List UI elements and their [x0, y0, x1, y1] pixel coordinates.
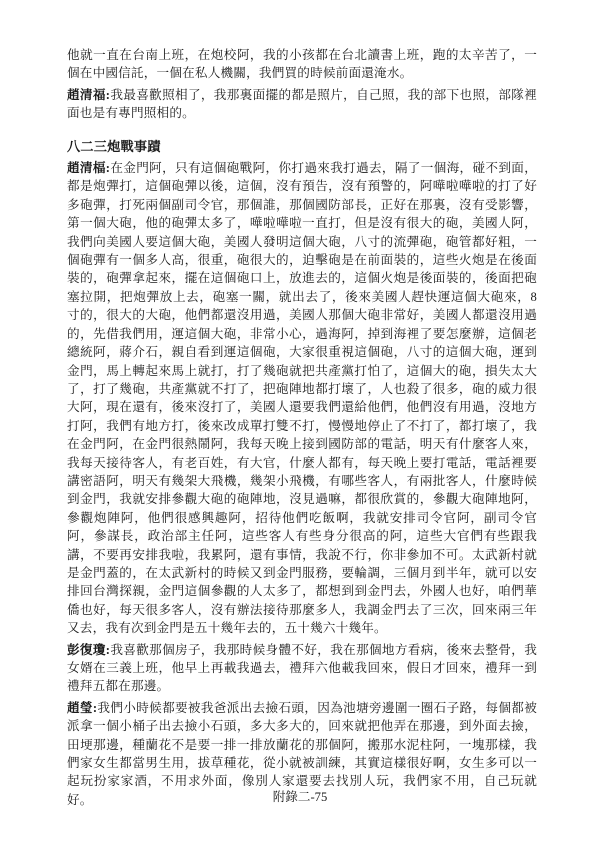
paragraph-text: 他就一直在台南上班，在炮校阿，我的小孩都在台北讀書上班，跑的太辛苦了，一個在中國… [67, 48, 537, 80]
paragraph: 彭復瓊:我喜歡那個房子，我那時候身體不好，我在那個地方看病，後來去整骨，我女婿在… [67, 641, 537, 696]
speaker-name: 趙清楅: [67, 161, 110, 175]
paragraph-text: 我最喜歡照相了，我那裏面擺的都是照片，自己照，我的部下也照，部隊裡面也是有專門照… [67, 88, 537, 120]
paragraph-text: 在金門阿，只有這個砲戰阿，你打過來我打過去，隔了一個海，碰不到面，都是炮彈打，這… [67, 161, 537, 635]
speaker-name: 趙瑩: [67, 701, 97, 715]
page-content: 他就一直在台南上班，在炮校阿，我的小孩都在台北讀書上班，跑的太辛苦了，一個在中國… [67, 46, 537, 809]
document-page: 他就一直在台南上班，在炮校阿，我的小孩都在台北讀書上班，跑的太辛苦了，一個在中國… [0, 0, 600, 848]
paragraph: 他就一直在台南上班，在炮校阿，我的小孩都在台北讀書上班，跑的太辛苦了，一個在中國… [67, 46, 537, 83]
paragraph-text: 我喜歡那個房子，我那時候身體不好，我在那個地方看病，後來去整骨，我女婿在三義上班… [67, 643, 537, 694]
page-footer: 附錄二-75 [0, 786, 600, 805]
paragraph: 趙清楅:在金門阿，只有這個砲戰阿，你打過來我打過去，隔了一個海，碰不到面，都是炮… [67, 159, 537, 638]
section-heading: 八二三炮戰事蹟 [67, 138, 537, 156]
paragraph: 趙清福:我最喜歡照相了，我那裏面擺的都是照片，自己照，我的部下也照，部隊裡面也是… [67, 86, 537, 123]
speaker-name: 趙清福: [67, 88, 110, 102]
speaker-name: 彭復瓊: [67, 643, 110, 657]
